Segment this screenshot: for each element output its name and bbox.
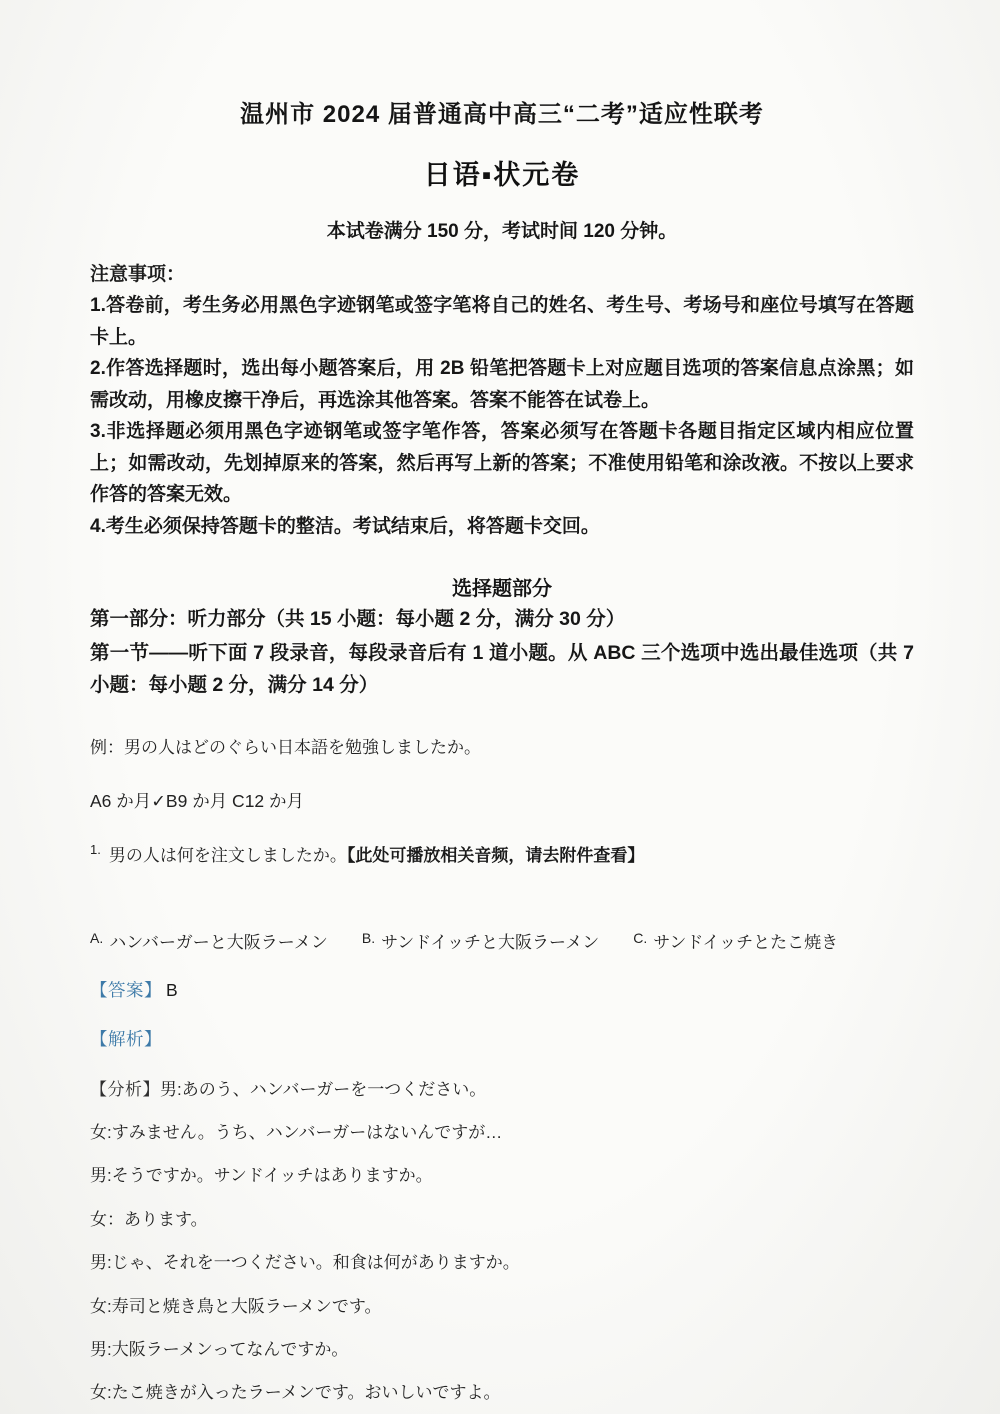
question-1-text: 男の人は何を注文しましたか。 [109, 846, 347, 865]
page-subtitle: 日语▪状元卷 [90, 153, 914, 192]
exam-paper-page: 温州市 2024 届普通高中高三“二考”适应性联考 日语▪状元卷 本试卷满分 1… [0, 0, 1000, 1414]
example-options: A6 か月✓B9 か月 C12 か月 [90, 788, 914, 813]
part1-section1-header: 第一节——听下面 7 段录音，每段录音后有 1 道小题。从 ABC 三个选项中选… [90, 637, 914, 701]
option-a: A.ハンバーガーと大阪ラーメン [90, 928, 328, 953]
exam-info-line: 本试卷满分 150 分，考试时间 120 分钟。 [90, 216, 914, 243]
question-1-audio-note: 【此处可播放相关音频，请去附件查看】 [347, 846, 645, 865]
page-content: 温州市 2024 届普通高中高三“二考”适应性联考 日语▪状元卷 本试卷满分 1… [0, 0, 1000, 1404]
question-1-options: A.ハンバーガーと大阪ラーメン B.サンドイッチと大阪ラーメン C.サンドイッチ… [90, 928, 914, 953]
dialog-line-4: 女：あります。 [90, 1210, 914, 1230]
answer-line: 【答案】B [90, 977, 914, 1002]
dialog-line-2: 女:すみません。うち、ハンバーガーはないんですが… [90, 1123, 914, 1143]
note-item-4: 4.考生必须保持答题卡的整洁。考试结束后，将答题卡交回。 [90, 511, 914, 543]
breakdown-line: 【分析】男:あのう、ハンバーガーを一つください。 [90, 1075, 914, 1100]
note-item-3: 3.非选择题必须用黑色字迹钢笔或签字笔作答，答案必须写在答题卡各题目指定区域内相… [90, 416, 914, 511]
note-item-1: 1.答卷前，考生务必用黑色字迹钢笔或签字笔将自己的姓名、考生号、考场号和座位号填… [90, 290, 914, 353]
option-a-text: ハンバーガーと大阪ラーメン [109, 933, 328, 952]
analysis-line: 【解析】 [90, 1026, 914, 1051]
option-b: B.サンドイッチと大阪ラーメン [362, 928, 599, 953]
option-a-label: A. [90, 930, 103, 946]
answer-value: B [166, 980, 178, 1000]
option-c-text: サンドイッチとたこ焼き [653, 933, 838, 952]
page-title: 温州市 2024 届普通高中高三“二考”适应性联考 [90, 0, 914, 129]
analysis-label: 【解析】 [90, 1029, 162, 1049]
example-question: 例：男の人はどのぐらい日本語を勉強しましたか。 [90, 733, 914, 758]
dialog-line-6: 女:寿司と焼き鳥と大阪ラーメンです。 [90, 1297, 914, 1317]
question-1-number: 1. [90, 842, 101, 857]
option-c-label: C. [633, 930, 647, 946]
question-1: 1.男の人は何を注文しましたか。【此处可播放相关音频，请去附件查看】 [90, 841, 914, 866]
part1-header: 第一部分：听力部分（共 15 小题：每小题 2 分，满分 30 分） [90, 603, 914, 635]
dialog-line-1: 男:あのう、ハンバーガーを一つください。 [160, 1080, 486, 1099]
dialog-line-8: 女:たこ焼きが入ったラーメンです。おいしいですよ。 [90, 1383, 914, 1403]
dialog-line-7: 男:大阪ラーメンってなんですか。 [90, 1340, 914, 1360]
answer-label: 【答案】 [90, 980, 162, 1000]
note-item-2: 2.作答选择题时，选出每小题答案后，用 2B 铅笔把答题卡上对应题目选项的答案信… [90, 353, 914, 416]
breakdown-label: 【分析】 [90, 1080, 160, 1099]
section-title-multiple-choice: 选择题部分 [90, 572, 914, 601]
option-b-label: B. [362, 930, 375, 946]
notes-header: 注意事项： [90, 259, 914, 290]
option-c: C.サンドイッチとたこ焼き [633, 928, 838, 953]
dialog-line-3: 男:そうですか。サンドイッチはありますか。 [90, 1166, 914, 1186]
dialog-line-5: 男:じゃ、それを一つください。和食は何がありますか。 [90, 1253, 914, 1273]
option-b-text: サンドイッチと大阪ラーメン [381, 933, 599, 952]
